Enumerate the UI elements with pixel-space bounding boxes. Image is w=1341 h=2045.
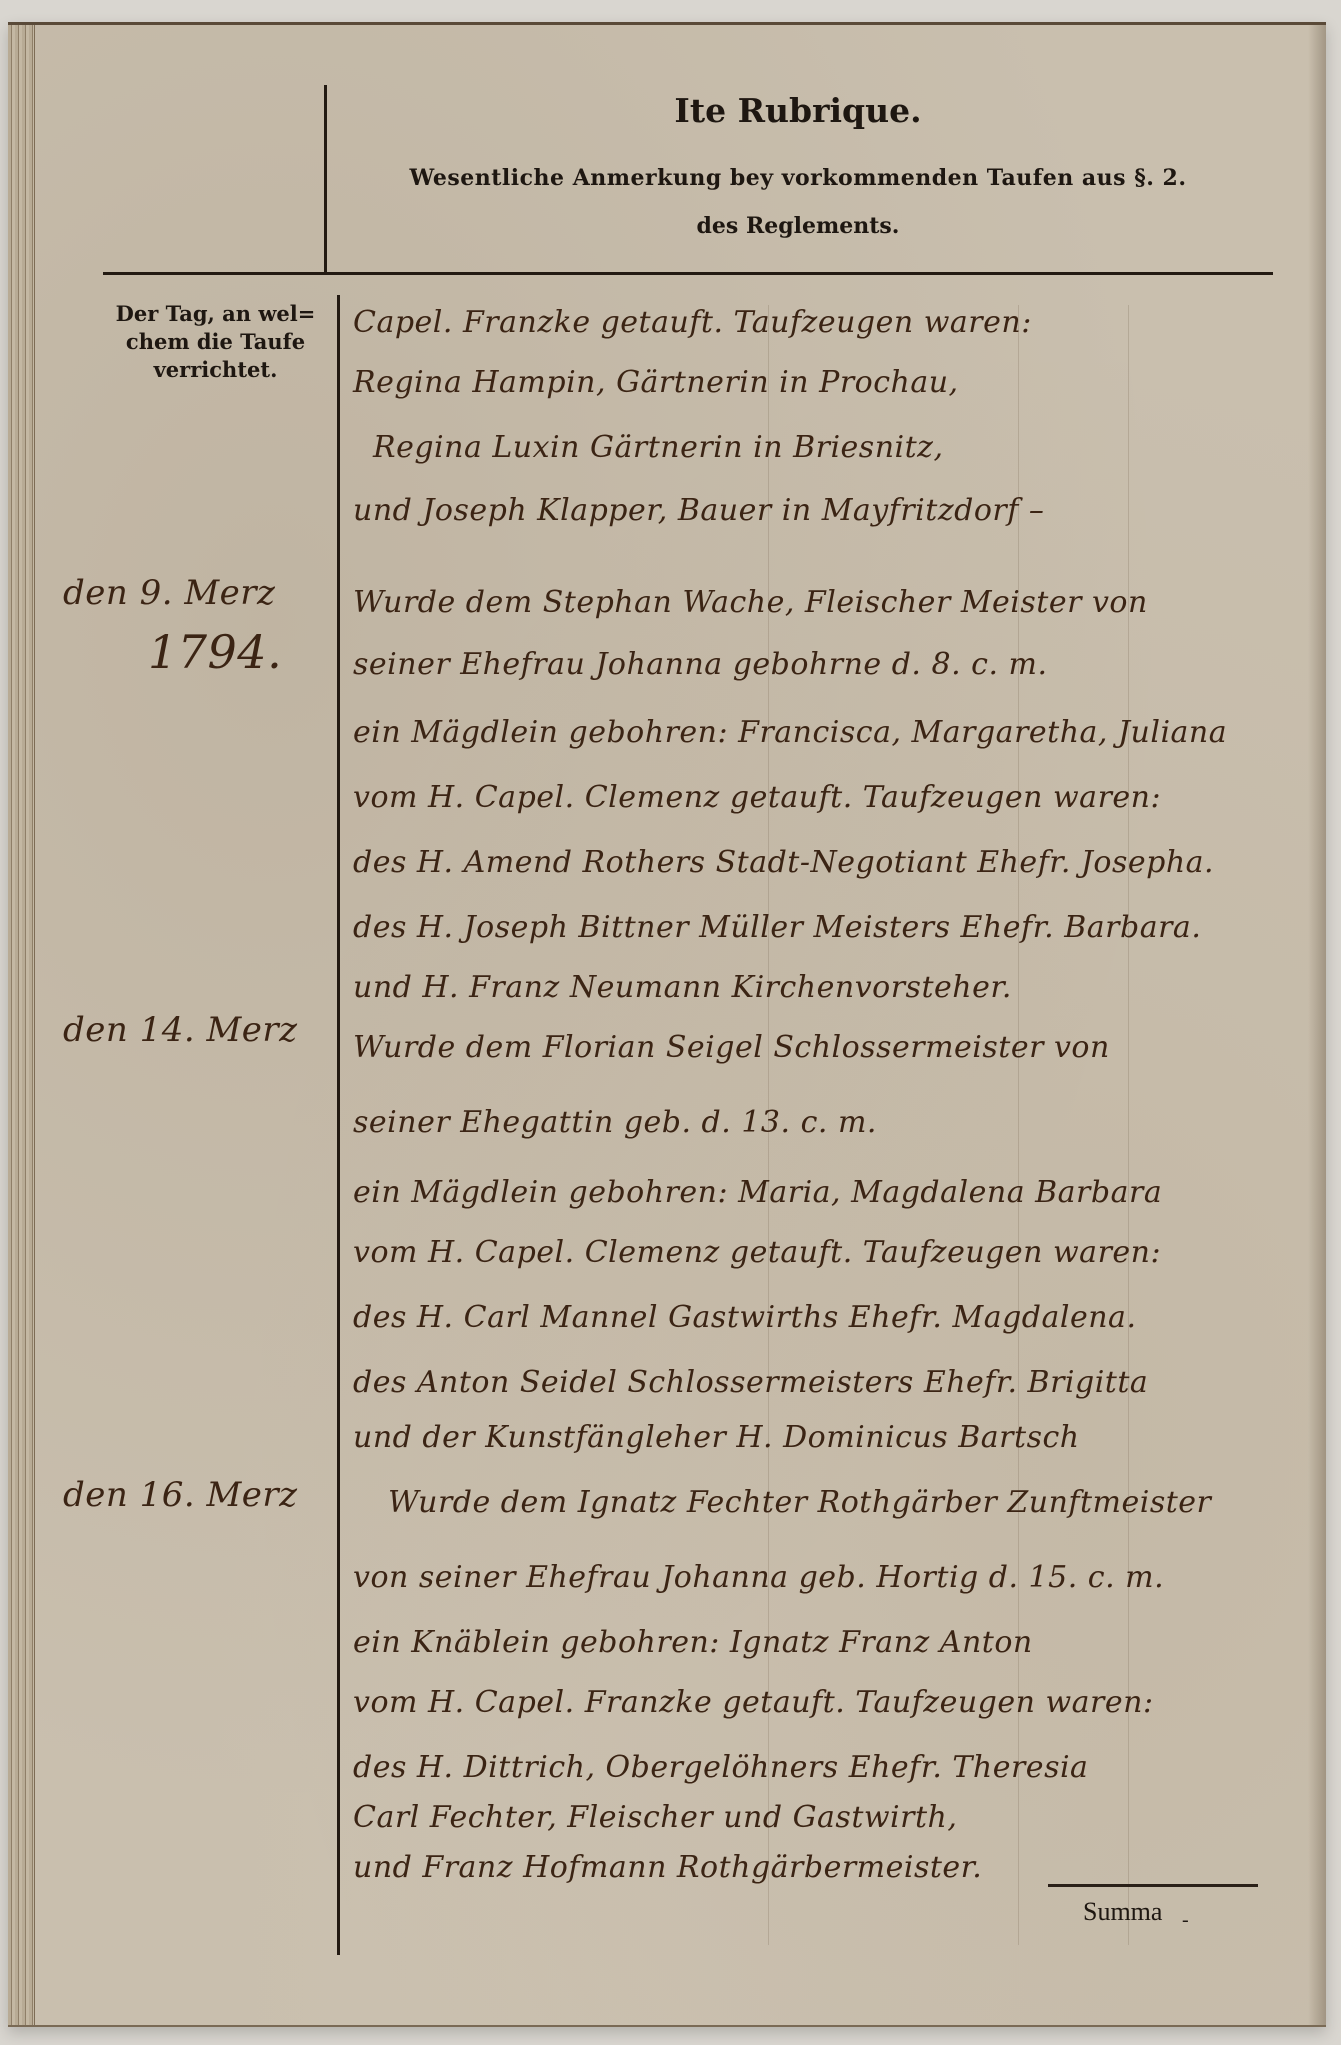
entry-line: Carl Fechter, Fleischer und Gastwirth, <box>353 1800 957 1835</box>
entry-line: vom H. Capel. Clemenz getauft. Taufzeuge… <box>353 1235 1161 1270</box>
entry-line: und H. Franz Neumann Kirchenvorsteher. <box>353 970 1012 1005</box>
summa-value: - <box>1182 1909 1189 1932</box>
header-divider-rule <box>324 85 327 275</box>
entry-date: den 9. Merz <box>63 573 275 613</box>
entry-line: Wurde dem Stephan Wache, Fleischer Meist… <box>353 585 1148 620</box>
summa-label: Summa <box>1083 1897 1162 1927</box>
date-column-rule <box>337 295 340 1955</box>
entry-line: des H. Joseph Bittner Müller Meisters Eh… <box>353 910 1201 945</box>
entry-date: den 14. Merz <box>63 1010 298 1050</box>
entry-line: und der Kunstfängleher H. Dominicus Bart… <box>353 1420 1080 1455</box>
entry-line: Wurde dem Ignatz Fechter Rothgärber Zunf… <box>388 1485 1211 1520</box>
register-page: Ite Rubrique. Wesentliche Anmerkung bey … <box>8 22 1326 2027</box>
entry-line: Capel. Franzke getauft. Taufzeugen waren… <box>353 305 1032 340</box>
summa-rule <box>1048 1884 1258 1887</box>
page-subtitle: Wesentliche Anmerkung bey vorkommenden T… <box>328 165 1268 191</box>
entry-line: seiner Ehefrau Johanna gebohrne d. 8. c.… <box>353 647 1048 682</box>
page-title: Ite Rubrique. <box>328 91 1268 130</box>
col-header-line: verrichtet. <box>108 356 323 384</box>
entry-line: und Joseph Klapper, Bauer in Mayfritzdor… <box>353 493 1044 528</box>
entry-date: den 16. Merz <box>63 1475 298 1515</box>
page-gutter-shadow <box>1308 25 1326 2025</box>
page-subtitle-cont: des Reglements. <box>328 213 1268 239</box>
entry-line: des H. Carl Mannel Gastwirths Ehefr. Mag… <box>353 1300 1136 1335</box>
entry-line: ein Mägdlein gebohren: Maria, Magdalena … <box>353 1175 1162 1210</box>
entry-line: Regina Hampin, Gärtnerin in Prochau, <box>353 365 959 400</box>
entry-line: seiner Ehegattin geb. d. 13. c. m. <box>353 1105 877 1140</box>
page-stack-edges <box>8 25 35 2025</box>
entry-line: ein Knäblein gebohren: Ignatz Franz Anto… <box>353 1625 1033 1660</box>
entry-line: vom H. Capel. Clemenz getauft. Taufzeuge… <box>353 780 1161 815</box>
col-header-line: chem die Taufe <box>108 328 323 356</box>
entry-line: des H. Amend Rothers Stadt-Negotiant Ehe… <box>353 845 1214 880</box>
entry-line: Wurde dem Florian Seigel Schlossermeiste… <box>353 1030 1110 1065</box>
entry-line: des H. Dittrich, Obergelöhners Ehefr. Th… <box>353 1750 1088 1785</box>
entry-year: 1794. <box>148 625 282 679</box>
entry-line: des Anton Seidel Schlossermeisters Ehefr… <box>353 1365 1148 1400</box>
col-header-line: Der Tag, an wel= <box>108 300 323 328</box>
entry-line: Regina Luxin Gärtnerin in Briesnitz, <box>373 430 944 465</box>
entry-line: von seiner Ehefrau Johanna geb. Hortig d… <box>353 1560 1164 1595</box>
date-column-header: Der Tag, an wel= chem die Taufe verricht… <box>108 300 323 384</box>
header-bottom-rule <box>103 272 1273 275</box>
entry-line: ein Mägdlein gebohren: Francisca, Margar… <box>353 715 1227 750</box>
entry-line: und Franz Hofmann Rothgärbermeister. <box>353 1850 982 1885</box>
entry-line: vom H. Capel. Franzke getauft. Taufzeuge… <box>353 1685 1154 1720</box>
